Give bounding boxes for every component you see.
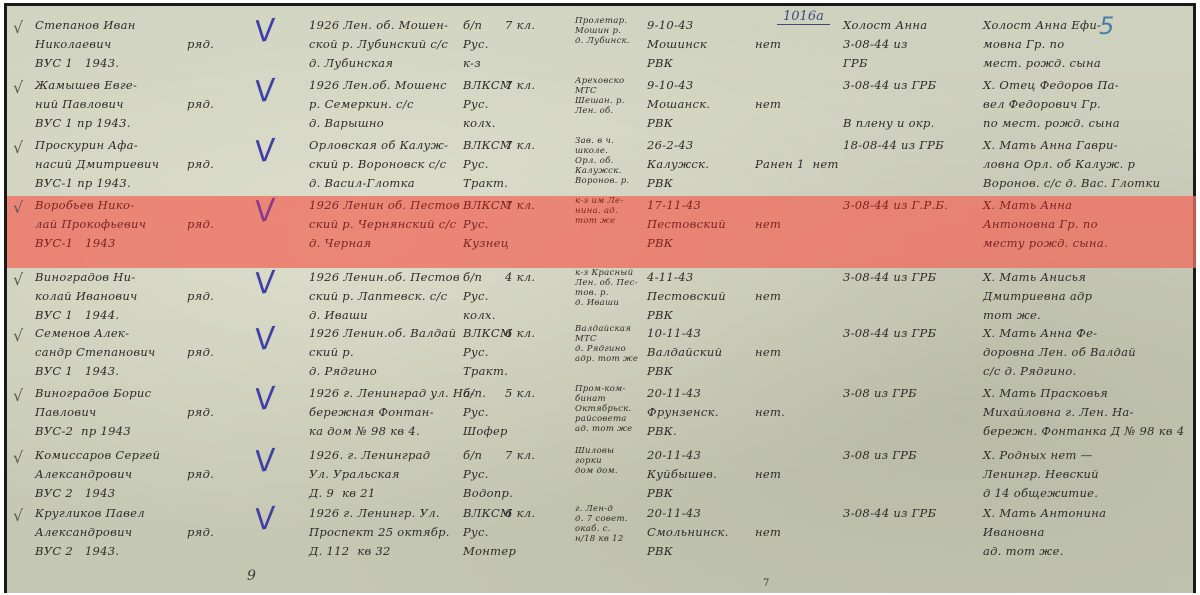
birth-place-line: д. Рядгино: [309, 362, 459, 381]
family-address-line: Ленингр. Невский: [983, 465, 1193, 484]
fate-status-line: 3-08-44 из ГРБ: [843, 504, 936, 523]
family-address-line: с/с д. Рядгино.: [983, 362, 1193, 381]
party-nationality-occupation-line: Рус.: [463, 465, 489, 484]
draft-office-line: 4-11-43: [647, 268, 693, 287]
family-address-line: бережн. Фонтанка Д № 98 кв 4: [983, 422, 1193, 441]
pencil-check-icon: V: [253, 265, 278, 303]
workplace-line: адр. тот же: [575, 354, 655, 364]
family-address-line: ад. тот же.: [983, 542, 1193, 561]
workplace-line: Зав. в ч.: [575, 136, 655, 146]
draft-office-line: Пестовский: [647, 287, 726, 306]
family-address-line: месту рожд. сына.: [983, 234, 1193, 253]
wounds: Ранен 1 нет: [755, 155, 839, 174]
party-nationality-occupation-line: б/п.: [463, 384, 486, 403]
party-nationality-occupation-line: Водопр.: [463, 484, 513, 503]
soldier-name-line: Виноградов Борис: [35, 384, 185, 403]
birth-place-line: ский р. Чернянский с/с: [309, 215, 459, 234]
military-rank: ряд.: [187, 95, 214, 114]
pencil-check-icon: V: [253, 381, 278, 419]
wounds: нет: [755, 343, 781, 362]
draft-office-line: 20-11-43: [647, 446, 701, 465]
party-nationality-occupation-line: Рус.: [463, 95, 489, 114]
draft-office-line: РВК: [647, 234, 673, 253]
workplace-line: Шиловы: [575, 446, 655, 456]
checkmark-icon: √: [13, 386, 23, 405]
birth-place-line: Орловская об Калуж-: [309, 136, 459, 155]
family-address-line: доровна Лен. об Валдай: [983, 343, 1193, 362]
party-nationality-occupation-line: Рус.: [463, 403, 489, 422]
soldier-name-line: насий Дмитриевич: [35, 155, 185, 174]
workplace-line: д. 7 совет.: [575, 514, 655, 524]
fate-status-line: 3-08 из ГРБ: [843, 384, 917, 403]
pencil-check-icon: V: [253, 443, 278, 481]
education: 7 кл.: [505, 446, 535, 465]
soldier-name-line: сандр Степанович: [35, 343, 185, 362]
party-nationality-occupation-line: Рус.: [463, 287, 489, 306]
soldier-name-line: Александрович: [35, 523, 185, 542]
soldier-name-line: Николаевич: [35, 35, 185, 54]
workplace-line: МТС: [575, 334, 655, 344]
soldier-name-line: колай Иванович: [35, 287, 185, 306]
birth-place-line: 1926 Ленин.об. Пестов: [309, 268, 459, 287]
wounds: нет: [755, 95, 781, 114]
family-address-line: Дмитриевна адр: [983, 287, 1193, 306]
soldier-name-line: Степанов Иван: [35, 16, 185, 35]
birth-place-line: д. Васил-Глотка: [309, 174, 459, 193]
fate-status-line: 3-08-44 из ГРБ: [843, 76, 936, 95]
soldier-name-line: Кругликов Павел: [35, 504, 185, 523]
wounds: нет.: [755, 403, 785, 422]
family-address-line: ловна Орл. об Калуж. р: [983, 155, 1193, 174]
draft-office-line: 9-10-43: [647, 76, 693, 95]
fate-status-line: Холост Анна: [843, 16, 927, 35]
family-address-line: Антоновна Гр. по: [983, 215, 1193, 234]
education: 5 кл.: [505, 384, 535, 403]
soldier-name-line: ВУС-2 пр 1943: [35, 422, 185, 441]
fate-status-line: 3-08-44 из Г.Р.Б.: [843, 196, 948, 215]
draft-office-line: РВК: [647, 306, 673, 325]
soldier-name-line: ВУС 1 1943.: [35, 54, 185, 73]
party-nationality-occupation-line: Тракт.: [463, 362, 508, 381]
soldier-name-line: Виноградов Ни-: [35, 268, 185, 287]
workplace-line: Мошин р.: [575, 26, 655, 36]
soldier-name-line: ВУС 1 1944.: [35, 306, 185, 325]
birth-place-line: д. Лубинская: [309, 54, 459, 73]
birth-place-line: 1926 Ленин.об. Валдай: [309, 324, 459, 343]
draft-office-line: Фрунзенск.: [647, 403, 719, 422]
wounds: нет: [755, 35, 781, 54]
pencil-check-icon: V: [253, 193, 278, 231]
party-nationality-occupation-line: Рус.: [463, 343, 489, 362]
birth-place-line: бережная Фонтан-: [309, 403, 459, 422]
file-reference: 1016а: [777, 9, 830, 25]
workplace-line: окаб. с.: [575, 524, 655, 534]
soldier-name-line: ВУС 2 1943.: [35, 542, 185, 561]
military-rank: ряд.: [187, 155, 214, 174]
workplace-line: Воронов. р.: [575, 176, 655, 186]
party-nationality-occupation-line: Кузнец: [463, 234, 509, 253]
draft-office-line: РВК: [647, 362, 673, 381]
workplace-line: д. Рядгино: [575, 344, 655, 354]
soldier-name-line: ВУС 1 пр 1943.: [35, 114, 185, 133]
workplace-line: н/18 кв 12: [575, 534, 655, 544]
workplace-line: Шешан. р.: [575, 96, 655, 106]
party-nationality-occupation-line: Монтер: [463, 542, 516, 561]
party-nationality-occupation-line: Рус.: [463, 523, 489, 542]
draft-office-line: 9-10-43: [647, 16, 693, 35]
draft-office-line: РВК: [647, 542, 673, 561]
soldier-name-line: ний Павлович: [35, 95, 185, 114]
workplace-line: МТС: [575, 86, 655, 96]
birth-place-line: ский р. Вороновск с/с: [309, 155, 459, 174]
draft-office-line: 10-11-43: [647, 324, 701, 343]
workplace-line: Орл. об.: [575, 156, 655, 166]
family-address-line: Х. Мать Анисья: [983, 268, 1193, 287]
family-address-line: мовна Гр. по: [983, 35, 1193, 54]
party-nationality-occupation-line: Шофер: [463, 422, 508, 441]
military-rank: ряд.: [187, 403, 214, 422]
draft-office-line: Калужск.: [647, 155, 709, 174]
workplace-line: к-з Красный: [575, 268, 655, 278]
draft-office-line: Валдайский: [647, 343, 722, 362]
soldier-name-line: Воробьев Нико-: [35, 196, 185, 215]
fate-status-line: 18-08-44 из ГРБ: [843, 136, 944, 155]
family-address-line: Михайловна г. Лен. На-: [983, 403, 1193, 422]
party-nationality-occupation-line: Рус.: [463, 155, 489, 174]
fate-status-line: 3-08-44 из ГРБ: [843, 324, 936, 343]
soldier-name-line: Жамышев Евге-: [35, 76, 185, 95]
party-nationality-occupation-line: Рус.: [463, 215, 489, 234]
party-nationality-occupation-line: б/п: [463, 268, 482, 287]
pencil-check-icon: V: [253, 73, 278, 111]
soldier-name-line: ВУС-1 1943: [35, 234, 185, 253]
workplace-line: Валдайская: [575, 324, 655, 334]
family-address-line: Х. Мать Анна Фе-: [983, 324, 1193, 343]
draft-office-line: 26-2-43: [647, 136, 693, 155]
education: 6 кл.: [505, 324, 535, 343]
family-address-line: Х. Мать Анна: [983, 196, 1193, 215]
family-address-line: мест. рожд. сына: [983, 54, 1193, 73]
soldier-name-line: ВУС 1 1943.: [35, 362, 185, 381]
birth-place-line: д. Варышно: [309, 114, 459, 133]
birth-place-line: д. Черная: [309, 234, 459, 253]
workplace-line: к-з им Ле-: [575, 196, 655, 206]
workplace-line: Лен. об. Пес-: [575, 278, 655, 288]
party-nationality-occupation-line: колх.: [463, 114, 496, 133]
footer-mark: 9: [247, 568, 256, 584]
birth-place-line: ский р. Лаптевск. с/с: [309, 287, 459, 306]
family-address-line: вел Федорович Гр.: [983, 95, 1193, 114]
wounds: нет: [755, 287, 781, 306]
checkmark-icon: √: [13, 448, 23, 467]
family-address-line: Х. Мать Анна Гаври-: [983, 136, 1193, 155]
family-address-line: д 14 общежитие.: [983, 484, 1193, 503]
fate-status-line: 3-08-44 из ГРБ: [843, 268, 936, 287]
draft-office-line: Пестовский: [647, 215, 726, 234]
draft-office-line: Куйбышев.: [647, 465, 717, 484]
wounds: нет: [755, 523, 781, 542]
workplace-line: бинат: [575, 394, 655, 404]
workplace-line: Октябрьск.: [575, 404, 655, 414]
party-nationality-occupation-line: б/п: [463, 446, 482, 465]
military-rank: ряд.: [187, 287, 214, 306]
military-rank: ряд.: [187, 523, 214, 542]
checkmark-icon: √: [13, 270, 23, 289]
soldier-name-line: ВУС-1 пр 1943.: [35, 174, 185, 193]
draft-office-line: РВК.: [647, 422, 677, 441]
checkmark-icon: √: [13, 198, 23, 217]
pencil-check-icon: V: [253, 501, 278, 539]
workplace-line: школе.: [575, 146, 655, 156]
military-rank: ряд.: [187, 343, 214, 362]
family-address-line: Х. Мать Антонина: [983, 504, 1193, 523]
party-nationality-occupation-line: Тракт.: [463, 174, 508, 193]
workplace-line: горки: [575, 456, 655, 466]
workplace-line: дом дом.: [575, 466, 655, 476]
birth-place-line: Проспект 25 октябр.: [309, 523, 459, 542]
workplace-line: г. Лен-д: [575, 504, 655, 514]
draft-office-line: 17-11-43: [647, 196, 701, 215]
soldier-name-line: Проскурин Афа-: [35, 136, 185, 155]
workplace-line: д. Иваши: [575, 298, 655, 308]
family-address-line: Х. Мать Прасковья: [983, 384, 1193, 403]
party-nationality-occupation-line: колх.: [463, 306, 496, 325]
party-nationality-occupation-line: Рус.: [463, 35, 489, 54]
soldier-name-line: Комиссаров Сергей: [35, 446, 185, 465]
military-rank: ряд.: [187, 465, 214, 484]
party-nationality-occupation-line: б/п: [463, 16, 482, 35]
pencil-check-icon: V: [253, 13, 278, 51]
birth-place-line: 1926 Лен.об. Мошенс: [309, 76, 459, 95]
draft-office-line: РВК: [647, 484, 673, 503]
birth-place-line: ский р.: [309, 343, 459, 362]
draft-office-line: 20-11-43: [647, 384, 701, 403]
birth-place-line: Д. 9 кв 21: [309, 484, 459, 503]
birth-place-line: Д. 112 кв 32: [309, 542, 459, 561]
footer-mark: 7: [763, 578, 769, 589]
checkmark-icon: √: [13, 506, 23, 525]
family-address-line: Ивановна: [983, 523, 1193, 542]
draft-office-line: РВК: [647, 114, 673, 133]
fate-status-line: 3-08 из ГРБ: [843, 446, 917, 465]
family-address-line: Воронов. с/с д. Вас. Глотки: [983, 174, 1193, 193]
pencil-check-icon: V: [253, 321, 278, 359]
workplace-line: тов. р.: [575, 288, 655, 298]
pencil-check-icon: V: [253, 133, 278, 171]
checkmark-icon: √: [13, 326, 23, 345]
soldier-name-line: Александрович: [35, 465, 185, 484]
education: 7 кл.: [505, 136, 535, 155]
workplace-line: нина. ад.: [575, 206, 655, 216]
soldier-name-line: Павлович: [35, 403, 185, 422]
draft-office-line: Смольнинск.: [647, 523, 729, 542]
archival-document-page: 1016а 5 √VСтепанов ИванНиколаевичВУС 1 1…: [4, 3, 1196, 593]
education: 7 кл.: [505, 16, 535, 35]
birth-place-line: 1926 г. Ленингр. Ул.: [309, 504, 459, 523]
family-address-line: Холост Анна Ефи-: [983, 16, 1193, 35]
draft-office-line: 20-11-43: [647, 504, 701, 523]
birth-place-line: 1926 Лен. об. Мошен-: [309, 16, 459, 35]
workplace-line: Калужск.: [575, 166, 655, 176]
soldier-name-line: Семенов Алек-: [35, 324, 185, 343]
birth-place-line: ка дом № 98 кв 4.: [309, 422, 459, 441]
workplace-line: ад. тот же: [575, 424, 655, 434]
checkmark-icon: √: [13, 18, 23, 37]
wounds: нет: [755, 215, 781, 234]
education: 7 кл.: [505, 76, 535, 95]
military-rank: ряд.: [187, 215, 214, 234]
birth-place-line: 1926. г. Ленинград: [309, 446, 459, 465]
education: 6 кл.: [505, 504, 535, 523]
checkmark-icon: √: [13, 138, 23, 157]
workplace-line: Ареховско: [575, 76, 655, 86]
workplace-line: д. Лубинск.: [575, 36, 655, 46]
draft-office-line: РВК: [647, 54, 673, 73]
birth-place-line: Ул. Уральская: [309, 465, 459, 484]
draft-office-line: РВК: [647, 174, 673, 193]
education: 4 кл.: [505, 268, 535, 287]
birth-place-line: д. Иваши: [309, 306, 459, 325]
soldier-name-line: лай Прокофьевич: [35, 215, 185, 234]
party-nationality-occupation-line: к-з: [463, 54, 481, 73]
checkmark-icon: √: [13, 78, 23, 97]
birth-place-line: ской р. Лубинский с/с: [309, 35, 459, 54]
military-rank: ряд.: [187, 35, 214, 54]
workplace-line: Пром-ком-: [575, 384, 655, 394]
draft-office-line: Мошанск.: [647, 95, 710, 114]
workplace-line: тот же: [575, 216, 655, 226]
family-address-line: тот же.: [983, 306, 1193, 325]
workplace-line: Лен. об.: [575, 106, 655, 116]
workplace-line: райсовета: [575, 414, 655, 424]
birth-place-line: 1926 Ленин об. Пестов: [309, 196, 459, 215]
education: 7 кл.: [505, 196, 535, 215]
draft-office-line: Мошинск: [647, 35, 707, 54]
fate-status-line: 3-08-44 из: [843, 35, 908, 54]
workplace-line: Пролетар.: [575, 16, 655, 26]
fate-status-line: В плену и окр.: [843, 114, 935, 133]
soldier-name-line: ВУС 2 1943: [35, 484, 185, 503]
birth-place-line: 1926 г. Ленинград ул. На-: [309, 384, 459, 403]
family-address-line: по мест. рожд. сына: [983, 114, 1193, 133]
family-address-line: Х. Родных нет —: [983, 446, 1193, 465]
fate-status-line: ГРБ: [843, 54, 868, 73]
family-address-line: Х. Отец Федоров Па-: [983, 76, 1193, 95]
wounds: нет: [755, 465, 781, 484]
birth-place-line: р. Семеркин. с/с: [309, 95, 459, 114]
